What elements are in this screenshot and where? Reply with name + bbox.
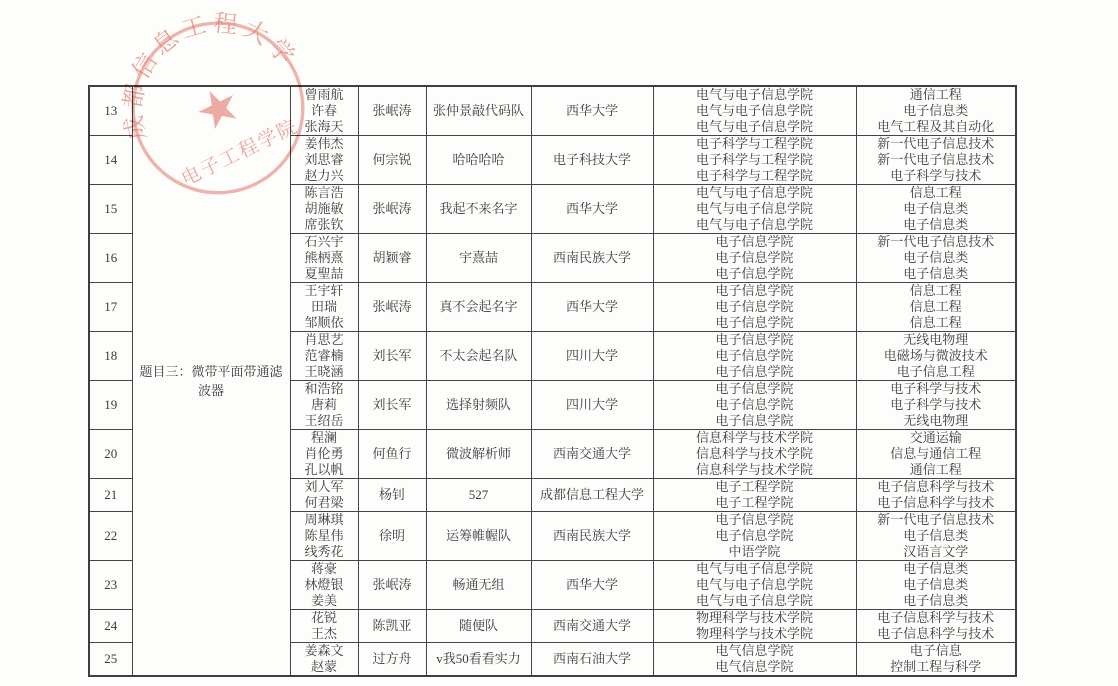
university-name: 四川大学 — [532, 397, 653, 413]
university-name: 西南石油大学 — [532, 651, 653, 667]
member-name: 姜伟杰 — [291, 136, 358, 152]
colleges-cell: 电子信息学院电子信息学院电子信息学院 — [653, 332, 856, 381]
team-name: 微波解析师 — [427, 446, 531, 462]
advisor-cell: 徐明 — [358, 512, 426, 561]
advisor-name: 张岷涛 — [359, 299, 426, 315]
college-name: 信息科学与技术学院 — [654, 430, 856, 446]
majors-cell: 信息工程电子信息类电子信息类 — [856, 185, 1016, 234]
college-name: 电气与电子信息学院 — [654, 119, 856, 135]
major-name: 电子信息类 — [857, 250, 1016, 266]
colleges-cell: 电子信息学院电子信息学院中语学院 — [653, 512, 856, 561]
team-name: 畅通无组 — [427, 577, 531, 593]
university-name: 西南民族大学 — [532, 250, 653, 266]
colleges-cell: 电子信息学院电子信息学院电子信息学院 — [653, 381, 856, 430]
college-name: 信息科学与技术学院 — [654, 446, 856, 462]
topic-label: 题目三：微带平面带通滤波器 — [133, 362, 290, 400]
major-name: 电子信息工程 — [857, 364, 1016, 380]
advisor-name: 徐明 — [359, 528, 426, 544]
major-name: 信息工程 — [857, 315, 1016, 331]
university-cell: 电子科技大学 — [531, 136, 653, 185]
majors-cell: 新一代电子信息技术电子信息类电子信息类 — [856, 234, 1016, 283]
major-name: 电气工程及其自动化 — [857, 119, 1016, 135]
row-number-cell-line: 17 — [90, 299, 132, 315]
member-name: 许春 — [291, 103, 358, 119]
members-cell: 周琳琪陈星伟线秀花 — [290, 512, 358, 561]
team-name-cell: 随便队 — [426, 610, 531, 643]
majors-cell: 信息工程信息工程信息工程 — [856, 283, 1016, 332]
advisor-cell: 张岷涛 — [358, 86, 426, 136]
major-name: 电子信息科学与技术 — [857, 610, 1016, 626]
team-name: 宇熹喆 — [427, 250, 531, 266]
advisor-name: 杨钊 — [359, 487, 426, 503]
member-name: 张海天 — [291, 119, 358, 135]
members-cell: 程澜肖伦勇孔以帆 — [290, 430, 358, 479]
major-name: 信息与通信工程 — [857, 446, 1016, 462]
members-cell: 石兴宇熊柄熹夏聖喆 — [290, 234, 358, 283]
member-name: 熊柄熹 — [291, 250, 358, 266]
team-name-cell: 宇熹喆 — [426, 234, 531, 283]
topic-cell: 题目三：微带平面带通滤波器 — [132, 86, 290, 676]
college-name: 电子信息学院 — [654, 528, 856, 544]
member-name: 和浩铭 — [291, 381, 358, 397]
row-number-cell: 15 — [89, 185, 132, 234]
team-name: 随便队 — [427, 618, 531, 634]
member-name: 肖思艺 — [291, 332, 358, 348]
advisor-cell: 刘长军 — [358, 332, 426, 381]
university-cell: 西华大学 — [531, 86, 653, 136]
university-name: 西南民族大学 — [532, 528, 653, 544]
advisor-cell: 张岷涛 — [358, 283, 426, 332]
university-name: 西华大学 — [532, 103, 653, 119]
major-name: 电子科学与技术 — [857, 168, 1016, 184]
university-name: 四川大学 — [532, 348, 653, 364]
member-name: 石兴宇 — [291, 234, 358, 250]
team-name-cell: v我50看看实力 — [426, 643, 531, 677]
university-cell: 四川大学 — [531, 381, 653, 430]
college-name: 中语学院 — [654, 544, 856, 560]
advisor-cell: 何宗锐 — [358, 136, 426, 185]
member-name: 刘思睿 — [291, 152, 358, 168]
college-name: 电子信息学院 — [654, 250, 856, 266]
major-name: 电子信息类 — [857, 593, 1016, 609]
members-cell: 曾雨航许春张海天 — [290, 86, 358, 136]
college-name: 电子信息学院 — [654, 348, 856, 364]
university-name: 成都信息工程大学 — [532, 487, 653, 503]
team-name-cell: 张仲景敲代码队 — [426, 86, 531, 136]
college-name: 电气与电子信息学院 — [654, 185, 856, 201]
row-number-cell-line: 23 — [90, 577, 132, 593]
row-number-cell: 20 — [89, 430, 132, 479]
member-name: 曾雨航 — [291, 87, 358, 103]
advisor-name: 陈凯亚 — [359, 618, 426, 634]
major-name: 电子信息类 — [857, 266, 1016, 282]
university-cell: 西南民族大学 — [531, 512, 653, 561]
college-name: 电气信息学院 — [654, 659, 856, 675]
college-name: 电子信息学院 — [654, 397, 856, 413]
members-cell: 姜伟杰刘思睿赵力兴 — [290, 136, 358, 185]
majors-cell: 电子信息科学与技术电子信息科学与技术 — [856, 479, 1016, 512]
member-name: 陈星伟 — [291, 528, 358, 544]
major-name: 电子信息类 — [857, 201, 1016, 217]
row-number-cell: 25 — [89, 643, 132, 677]
advisor-name: 过方舟 — [359, 651, 426, 667]
major-name: 电磁场与微波技术 — [857, 348, 1016, 364]
colleges-cell: 电气信息学院电气信息学院 — [653, 643, 856, 677]
college-name: 电子工程学院 — [654, 495, 856, 511]
major-name: 电子信息科学与技术 — [857, 495, 1016, 511]
colleges-cell: 电子工程学院电子工程学院 — [653, 479, 856, 512]
colleges-cell: 电子信息学院电子信息学院电子信息学院 — [653, 234, 856, 283]
university-cell: 西华大学 — [531, 561, 653, 610]
major-name: 电子科学与技术 — [857, 397, 1016, 413]
major-name: 电子信息类 — [857, 561, 1016, 577]
advisor-name: 何鱼行 — [359, 446, 426, 462]
major-name: 汉语言文学 — [857, 544, 1016, 560]
college-name: 电子信息学院 — [654, 234, 856, 250]
member-name: 刘人军 — [291, 479, 358, 495]
university-name: 西南交通大学 — [532, 618, 653, 634]
college-name: 信息科学与技术学院 — [654, 462, 856, 478]
major-name: 电子信息科学与技术 — [857, 479, 1016, 495]
major-name: 信息工程 — [857, 299, 1016, 315]
major-name: 控制工程与科学 — [857, 659, 1016, 675]
advisor-name: 刘长军 — [359, 348, 426, 364]
team-name: 不太会起名队 — [427, 348, 531, 364]
major-name: 电子信息类 — [857, 103, 1016, 119]
advisor-cell: 张岷涛 — [358, 185, 426, 234]
advisor-cell: 胡颖睿 — [358, 234, 426, 283]
majors-cell: 通信工程电子信息类电气工程及其自动化 — [856, 86, 1016, 136]
team-name-cell: 不太会起名队 — [426, 332, 531, 381]
major-name: 新一代电子信息技术 — [857, 136, 1016, 152]
major-name: 电子信息类 — [857, 577, 1016, 593]
member-name: 赵蒙 — [291, 659, 358, 675]
member-name: 夏聖喆 — [291, 266, 358, 282]
team-name-cell: 畅通无组 — [426, 561, 531, 610]
row-number-cell: 18 — [89, 332, 132, 381]
major-name: 电子信息类 — [857, 528, 1016, 544]
majors-cell: 无线电物理电磁场与微波技术电子信息工程 — [856, 332, 1016, 381]
college-name: 电子科学与工程学院 — [654, 136, 856, 152]
member-name: 程澜 — [291, 430, 358, 446]
major-name: 新一代电子信息技术 — [857, 234, 1016, 250]
member-name: 姜美 — [291, 593, 358, 609]
row-number-cell: 21 — [89, 479, 132, 512]
team-name-cell: 我起不来名字 — [426, 185, 531, 234]
university-name: 西南交通大学 — [532, 446, 653, 462]
team-name: 张仲景敲代码队 — [427, 103, 531, 119]
university-name: 西华大学 — [532, 299, 653, 315]
team-name: 我起不来名字 — [427, 201, 531, 217]
member-name: 范睿楠 — [291, 348, 358, 364]
college-name: 电子信息学院 — [654, 413, 856, 429]
college-name: 电子信息学院 — [654, 332, 856, 348]
colleges-cell: 电气与电子信息学院电气与电子信息学院电气与电子信息学院 — [653, 185, 856, 234]
row-number-cell-line: 13 — [90, 103, 132, 119]
university-cell: 成都信息工程大学 — [531, 479, 653, 512]
advisor-name: 刘长军 — [359, 397, 426, 413]
row-number-cell-line: 19 — [90, 397, 132, 413]
advisor-cell: 陈凯亚 — [358, 610, 426, 643]
advisor-name: 张岷涛 — [359, 201, 426, 217]
team-name-cell: 微波解析师 — [426, 430, 531, 479]
row-number-cell: 22 — [89, 512, 132, 561]
row-number-cell: 14 — [89, 136, 132, 185]
college-name: 电子信息学院 — [654, 266, 856, 282]
university-cell: 西华大学 — [531, 283, 653, 332]
teams-table: 13题目三：微带平面带通滤波器曾雨航许春张海天张岷涛张仲景敲代码队西华大学电气与… — [88, 85, 1017, 677]
row-number-cell-line: 20 — [90, 446, 132, 462]
majors-cell: 新一代电子信息技术电子信息类汉语言文学 — [856, 512, 1016, 561]
members-cell: 陈言浩胡施敏席张钦 — [290, 185, 358, 234]
member-name: 邹顺依 — [291, 315, 358, 331]
member-name: 孔以帆 — [291, 462, 358, 478]
row-number-cell-line: 25 — [90, 651, 132, 667]
university-cell: 西南石油大学 — [531, 643, 653, 677]
scanned-page: 13题目三：微带平面带通滤波器曾雨航许春张海天张岷涛张仲景敲代码队西华大学电气与… — [0, 0, 1118, 686]
college-name: 电子信息学院 — [654, 315, 856, 331]
member-name: 蒋豪 — [291, 561, 358, 577]
major-name: 通信工程 — [857, 87, 1016, 103]
major-name: 新一代电子信息技术 — [857, 512, 1016, 528]
advisor-cell: 刘长军 — [358, 381, 426, 430]
member-name: 王晓涵 — [291, 364, 358, 380]
colleges-cell: 电子信息学院电子信息学院电子信息学院 — [653, 283, 856, 332]
member-name: 王杰 — [291, 626, 358, 642]
college-name: 电子信息学院 — [654, 364, 856, 380]
team-name: 527 — [427, 487, 531, 503]
row-number-cell-line: 18 — [90, 348, 132, 364]
college-name: 电子科学与工程学院 — [654, 168, 856, 184]
member-name: 陈言浩 — [291, 185, 358, 201]
members-cell: 刘人军何君梁 — [290, 479, 358, 512]
majors-cell: 电子信息控制工程与科学 — [856, 643, 1016, 677]
members-cell: 和浩铭唐莉王绍岳 — [290, 381, 358, 430]
college-name: 电子信息学院 — [654, 512, 856, 528]
team-name-cell: 选择射频队 — [426, 381, 531, 430]
advisor-cell: 张岷涛 — [358, 561, 426, 610]
team-name-cell: 真不会起名字 — [426, 283, 531, 332]
college-name: 电气与电子信息学院 — [654, 201, 856, 217]
majors-cell: 电子科学与技术电子科学与技术无线电物理 — [856, 381, 1016, 430]
major-name: 通信工程 — [857, 462, 1016, 478]
row-number-cell-line: 21 — [90, 487, 132, 503]
row-number-cell: 16 — [89, 234, 132, 283]
major-name: 信息工程 — [857, 283, 1016, 299]
row-number-cell: 13 — [89, 86, 132, 136]
team-name-cell: 527 — [426, 479, 531, 512]
university-name: 西华大学 — [532, 577, 653, 593]
row-number-cell-line: 22 — [90, 528, 132, 544]
college-name: 电子信息学院 — [654, 381, 856, 397]
college-name: 电子科学与工程学院 — [654, 152, 856, 168]
members-cell: 蒋豪林燈银姜美 — [290, 561, 358, 610]
university-cell: 西南交通大学 — [531, 430, 653, 479]
major-name: 无线电物理 — [857, 413, 1016, 429]
table-body: 13题目三：微带平面带通滤波器曾雨航许春张海天张岷涛张仲景敲代码队西华大学电气与… — [89, 86, 1016, 676]
advisor-name: 胡颖睿 — [359, 250, 426, 266]
colleges-cell: 电气与电子信息学院电气与电子信息学院电气与电子信息学院 — [653, 86, 856, 136]
table-row: 13题目三：微带平面带通滤波器曾雨航许春张海天张岷涛张仲景敲代码队西华大学电气与… — [89, 86, 1016, 136]
row-number-cell-line: 14 — [90, 152, 132, 168]
row-number-cell-line: 24 — [90, 618, 132, 634]
member-name: 胡施敏 — [291, 201, 358, 217]
members-cell: 姜森文赵蒙 — [290, 643, 358, 677]
university-name: 电子科技大学 — [532, 152, 653, 168]
member-name: 王宇轩 — [291, 283, 358, 299]
major-name: 电子信息科学与技术 — [857, 626, 1016, 642]
member-name: 唐莉 — [291, 397, 358, 413]
college-name: 电气与电子信息学院 — [654, 87, 856, 103]
member-name: 肖伦勇 — [291, 446, 358, 462]
university-cell: 西华大学 — [531, 185, 653, 234]
member-name: 周琳琪 — [291, 512, 358, 528]
row-number-cell: 17 — [89, 283, 132, 332]
colleges-cell: 物理科学与技术学院物理科学与技术学院 — [653, 610, 856, 643]
advisor-cell: 过方舟 — [358, 643, 426, 677]
row-number-cell: 19 — [89, 381, 132, 430]
major-name: 新一代电子信息技术 — [857, 152, 1016, 168]
row-number-cell-line: 15 — [90, 201, 132, 217]
majors-cell: 电子信息科学与技术电子信息科学与技术 — [856, 610, 1016, 643]
advisor-name: 何宗锐 — [359, 152, 426, 168]
member-name: 赵力兴 — [291, 168, 358, 184]
major-name: 交通运输 — [857, 430, 1016, 446]
university-name: 西华大学 — [532, 201, 653, 217]
college-name: 电气与电子信息学院 — [654, 103, 856, 119]
university-cell: 西南民族大学 — [531, 234, 653, 283]
member-name: 何君梁 — [291, 495, 358, 511]
major-name: 电子信息 — [857, 643, 1016, 659]
member-name: 席张钦 — [291, 217, 358, 233]
college-name: 电气与电子信息学院 — [654, 217, 856, 233]
majors-cell: 新一代电子信息技术新一代电子信息技术电子科学与技术 — [856, 136, 1016, 185]
major-name: 电子科学与技术 — [857, 381, 1016, 397]
college-name: 电气与电子信息学院 — [654, 561, 856, 577]
college-name: 电气与电子信息学院 — [654, 593, 856, 609]
advisor-name: 张岷涛 — [359, 103, 426, 119]
college-name: 电子信息学院 — [654, 299, 856, 315]
row-number-cell-line: 16 — [90, 250, 132, 266]
colleges-cell: 电气与电子信息学院电气与电子信息学院电气与电子信息学院 — [653, 561, 856, 610]
member-name: 姜森文 — [291, 643, 358, 659]
team-name-cell: 运筹帷幄队 — [426, 512, 531, 561]
university-cell: 四川大学 — [531, 332, 653, 381]
major-name: 无线电物理 — [857, 332, 1016, 348]
college-name: 物理科学与技术学院 — [654, 610, 856, 626]
college-name: 电气与电子信息学院 — [654, 577, 856, 593]
team-name: 哈哈哈哈 — [427, 152, 531, 168]
majors-cell: 交通运输信息与通信工程通信工程 — [856, 430, 1016, 479]
major-name: 电子信息类 — [857, 217, 1016, 233]
colleges-cell: 电子科学与工程学院电子科学与工程学院电子科学与工程学院 — [653, 136, 856, 185]
college-name: 电气信息学院 — [654, 643, 856, 659]
advisor-cell: 何鱼行 — [358, 430, 426, 479]
team-name: v我50看看实力 — [427, 651, 531, 667]
college-name: 电子工程学院 — [654, 479, 856, 495]
members-cell: 花锐王杰 — [290, 610, 358, 643]
majors-cell: 电子信息类电子信息类电子信息类 — [856, 561, 1016, 610]
major-name: 信息工程 — [857, 185, 1016, 201]
member-name: 林燈银 — [291, 577, 358, 593]
members-cell: 王宇轩田瑞邹顺依 — [290, 283, 358, 332]
team-name: 选择射频队 — [427, 397, 531, 413]
member-name: 田瑞 — [291, 299, 358, 315]
team-name: 运筹帷幄队 — [427, 528, 531, 544]
university-cell: 西南交通大学 — [531, 610, 653, 643]
member-name: 线秀花 — [291, 544, 358, 560]
member-name: 王绍岳 — [291, 413, 358, 429]
colleges-cell: 信息科学与技术学院信息科学与技术学院信息科学与技术学院 — [653, 430, 856, 479]
row-number-cell: 23 — [89, 561, 132, 610]
members-cell: 肖思艺范睿楠王晓涵 — [290, 332, 358, 381]
member-name: 花锐 — [291, 610, 358, 626]
team-name: 真不会起名字 — [427, 299, 531, 315]
advisor-name: 张岷涛 — [359, 577, 426, 593]
row-number-cell: 24 — [89, 610, 132, 643]
college-name: 物理科学与技术学院 — [654, 626, 856, 642]
team-name-cell: 哈哈哈哈 — [426, 136, 531, 185]
advisor-cell: 杨钊 — [358, 479, 426, 512]
college-name: 电子信息学院 — [654, 283, 856, 299]
